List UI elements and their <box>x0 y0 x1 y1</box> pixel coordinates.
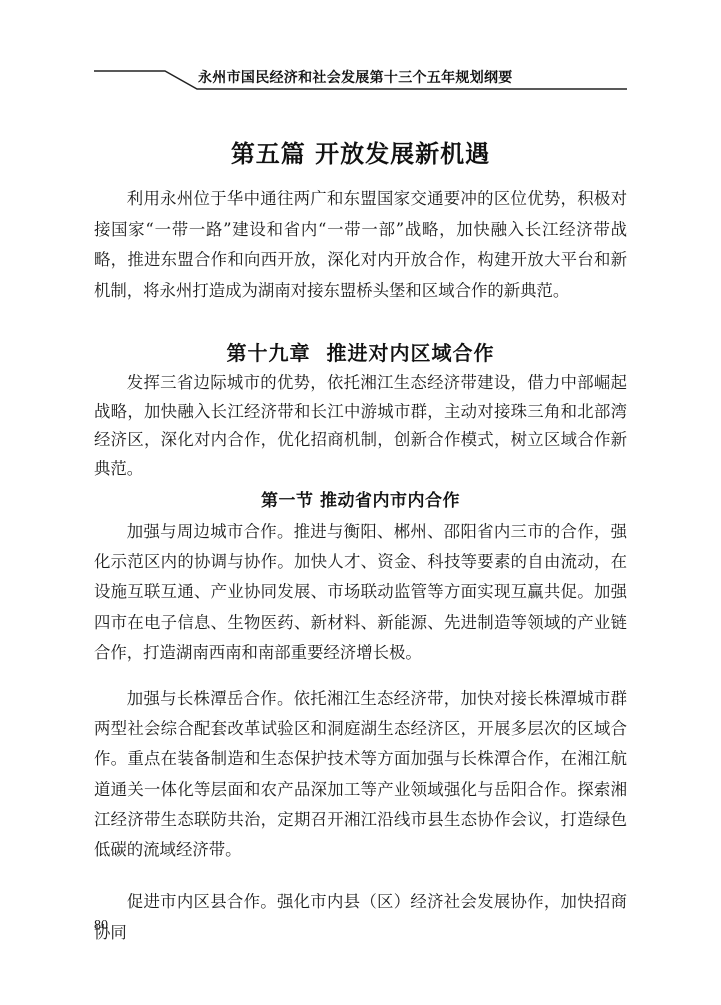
page-number: 80 <box>94 918 108 934</box>
header-title: 永州市国民经济和社会发展第十三个五年规划纲要 <box>198 67 513 87</box>
section-paragraph: 加强与周边城市合作。推进与衡阳、郴州、邵阳省内三市的合作，强化示范区内的协调与协… <box>94 517 627 668</box>
section-paragraph: 加强与长株潭岳合作。依托湘江生态经济带，加快对接长株潭城市群两型社会综合配套改革… <box>94 684 627 865</box>
part-intro-paragraph: 利用永州位于华中通往两广和东盟国家交通要冲的区位优势，积极对接国家“一带一路”建… <box>94 184 627 306</box>
chapter-intro-paragraph: 发挥三省边际城市的优势，依托湘江生态经济带建设，借力中部崛起战略，加快融入长江经… <box>94 369 627 483</box>
running-header: 永州市国民经济和社会发展第十三个五年规划纲要 <box>0 0 721 100</box>
section-title: 第一节 推动省内市内合作 <box>0 486 721 511</box>
part-title: 第五篇 开放发展新机遇 <box>0 134 721 169</box>
section-paragraph: 促进市内区县合作。强化市内县（区）经济社会发展协作，加快招商协同 <box>94 887 627 948</box>
chapter-title: 第十九章 推进对内区域合作 <box>0 337 721 366</box>
